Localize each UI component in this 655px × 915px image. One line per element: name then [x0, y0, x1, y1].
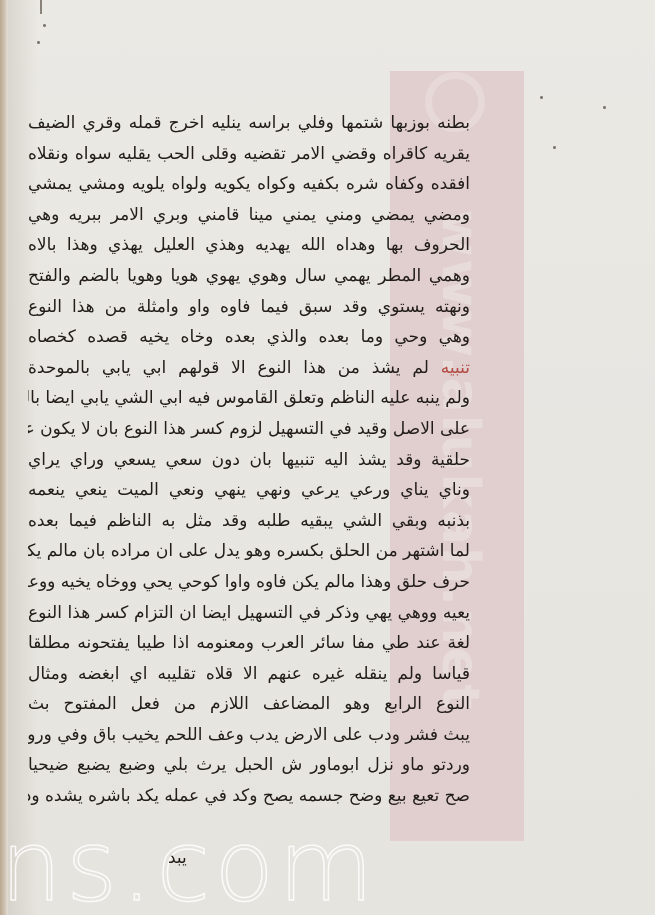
- manuscript-line: يقريه كاقراه وقضي الامر تقضيه وقلى الحب …: [28, 139, 470, 170]
- manuscript-line: وناي يناي ورعي يرعي ونهي ينهي ونعي الميت…: [28, 475, 470, 506]
- folio-mark: [40, 0, 42, 14]
- manuscript-text-block: بطنه بوزبها شتمها وفلي براسه ينليه اخرج …: [28, 108, 470, 812]
- manuscript-line-rubric: تنبيه لم يشذ من هذا النوع الا قولهم ابي …: [28, 353, 470, 384]
- manuscript-line: يعيه ووهي يهي وذكر في التسهيل ايضا ان ال…: [28, 598, 470, 629]
- paper-speck: [43, 24, 46, 27]
- manuscript-line: قياسا ولم ينقله غيره عنهم الا قلاه تقليب…: [28, 659, 470, 690]
- manuscript-line: وهمي المطر يهمي سال وهوي يهوي هويا وهويا…: [28, 261, 470, 292]
- manuscript-line: الحروف بها وهداه الله يهديه وهذي العليل …: [28, 230, 470, 261]
- manuscript-line: على الاصل وقيد في التسهيل لزوم كسر هذا ا…: [28, 414, 470, 445]
- paper-speck: [37, 41, 40, 44]
- manuscript-line: لغة عند طي مفا سائر العرب ومعنومه اذا طي…: [28, 628, 470, 659]
- manuscript-line: صح تعيع بيع وضح جسمه يصح وكد في عمله يكد…: [28, 781, 470, 812]
- paper-speck: [553, 146, 556, 149]
- manuscript-line: ونهته يستوي وقد سبق فيما فاوه واو وامثلة…: [28, 292, 470, 323]
- manuscript-line: افقده وكفاه شره بكفيه وكواه يكويه ولواه …: [28, 169, 470, 200]
- manuscript-line: وردتو ماو نزل ابوماور ش الحبل يرث بلي وض…: [28, 750, 470, 781]
- manuscript-line: ولم ينبه عليه الناظم وتعلق القاموس فيه ا…: [28, 383, 470, 414]
- manuscript-line: وهي وحي وما بعده والذي بعده وخاه يخيه قص…: [28, 322, 470, 353]
- manuscript-line: ومضي يمضي ومني يمني مينا قامني وبري الام…: [28, 200, 470, 231]
- manuscript-line: النوع الرابع وهو المضاعف اللازم من فعل ا…: [28, 689, 470, 720]
- catchword: يبد: [168, 848, 187, 868]
- manuscript-page: www.alukah.net بطنه بوزبها شتمها وفلي بر…: [0, 0, 655, 915]
- manuscript-line: يبث فشر ودب على الارض يدب وعف اللحم يخيب…: [28, 720, 470, 751]
- manuscript-line: بذنبه وبقي الشي يبقيه طلبه وقد مثل به ال…: [28, 506, 470, 537]
- manuscript-line-rest: لم يشذ من هذا النوع الا قولهم ابي يابي ب…: [28, 358, 429, 378]
- paper-speck: [540, 96, 543, 99]
- manuscript-line: بطنه بوزبها شتمها وفلي براسه ينليه اخرج …: [28, 108, 470, 139]
- manuscript-line: حلقية وقد يشذ اليه تنبيها بان دون سعي يس…: [28, 445, 470, 476]
- manuscript-line: لما اشتهر من الحلق بكسره وهو يدل على ان …: [28, 536, 470, 567]
- watermark-bottom-text: ns.com: [0, 818, 378, 915]
- page-binding-edge: [0, 0, 8, 915]
- manuscript-line: حرف حلق وهذا مالم يكن فاوه واوا كوحي يحي…: [28, 567, 470, 598]
- rubric-heading: تنبيه: [441, 358, 470, 378]
- paper-speck: [603, 106, 606, 109]
